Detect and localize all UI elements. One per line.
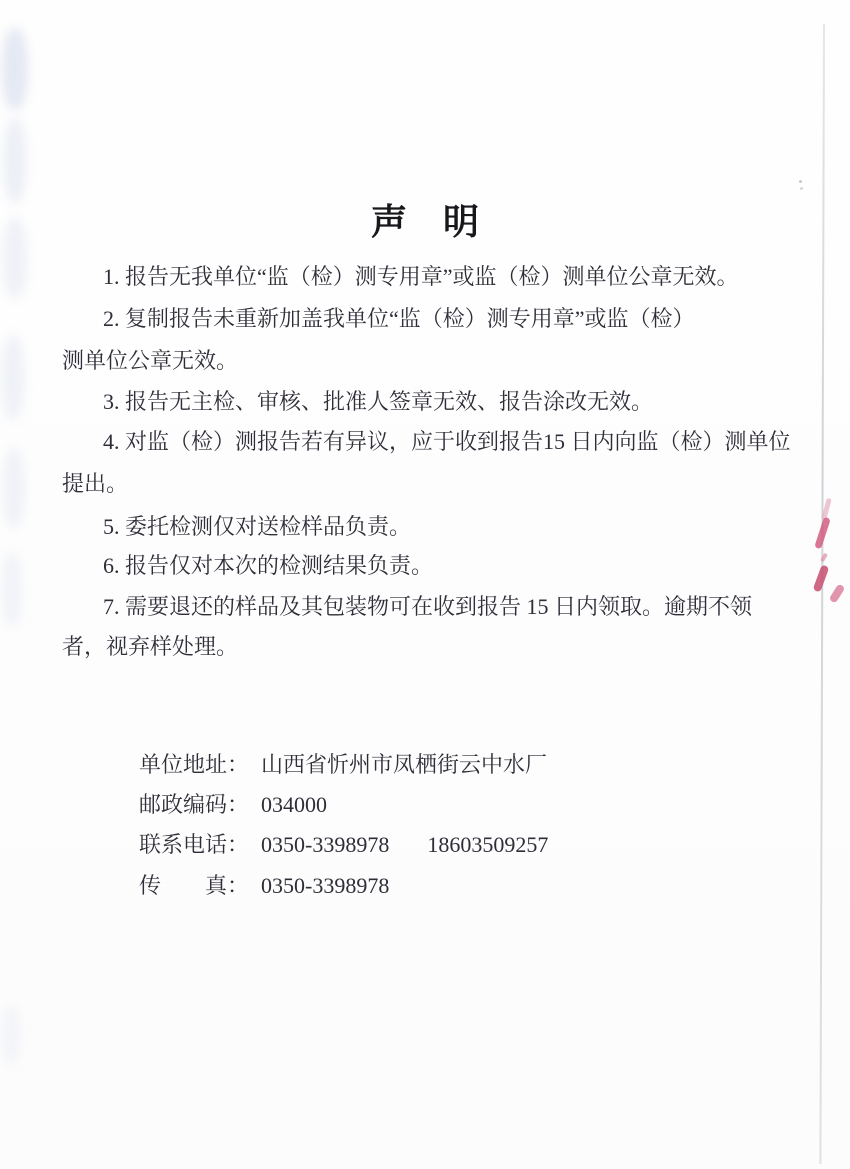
statement-line: 2. 复制报告未重新加盖我单位“监（检）测专用章”或监（检）: [103, 304, 695, 334]
statement-line: 7. 需要退还的样品及其包装物可在收到报告 15 日内领取。逾期不领: [103, 592, 752, 622]
statement-line: 测单位公章无效。: [62, 346, 238, 376]
contact-label: 传 真：: [139, 873, 249, 898]
scan-smudge: [2, 335, 24, 420]
statement-line: 者，视弃样处理。: [62, 632, 238, 662]
statement-line: 3. 报告无主检、审核、批准人签章无效、报告涂改无效。: [103, 387, 653, 417]
contact-value: 0350-3398978: [261, 873, 389, 898]
contact-row-fax: 传 真：0350-3398978: [106, 841, 389, 931]
statement-line: 4. 对监（检）测报告若有异议，应于收到报告15 日内向监（检）测单位: [103, 427, 791, 457]
scan-smudge: [3, 448, 25, 528]
statement-line: 1. 报告无我单位“监（检）测专用章”或监（检）测单位公章无效。: [103, 262, 739, 292]
scan-smudge: [2, 1005, 20, 1065]
statement-line: 提出。: [62, 469, 128, 499]
statement-line: 5. 委托检测仅对送检样品负责。: [103, 512, 411, 542]
stamp-stroke: [829, 583, 846, 603]
scan-smudge: [4, 118, 26, 203]
scan-speck: [800, 187, 803, 190]
scan-speck: [799, 180, 802, 183]
page-edge-line: [819, 24, 825, 1164]
page-title: 声 明: [0, 201, 850, 243]
contact-value-secondary: 18603509257: [427, 832, 548, 857]
scan-smudge: [2, 552, 22, 627]
statement-line: 6. 报告仅对本次的检测结果负责。: [103, 551, 433, 581]
scan-smudge: [2, 28, 28, 110]
stamp-stroke: [813, 564, 830, 592]
scanned-statement-page: 声 明 1. 报告无我单位“监（检）测专用章”或监（检）测单位公章无效。 2. …: [0, 0, 850, 1169]
